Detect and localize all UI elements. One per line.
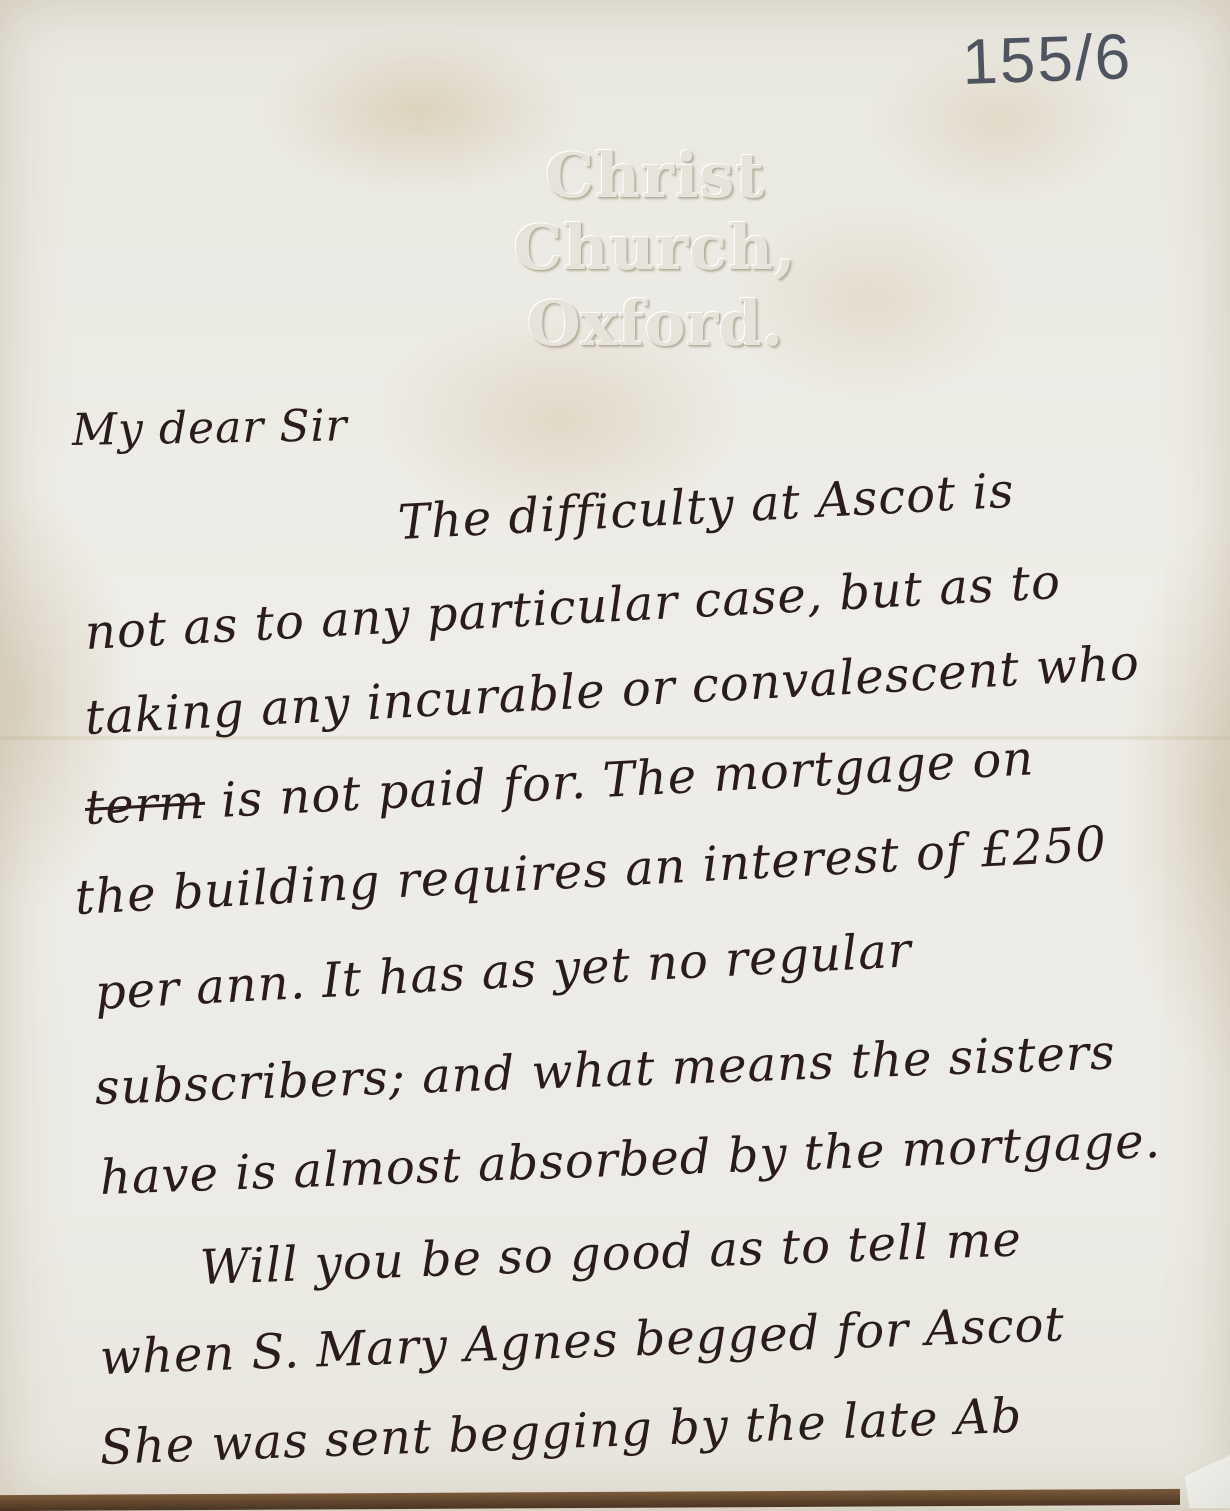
letter-line-2: not as to any particular case, but as to [84,554,1063,661]
letter-line-10: when S. Mary Agnes begged for Ascot [99,1296,1066,1386]
salutation: My dear Sir [72,400,348,456]
archive-reference-number: 155/6 [961,19,1134,99]
letter-line-1: The difficulty at Ascot is [397,463,1016,551]
letter-line-5: the building requires an interest of £25… [74,816,1109,926]
letterhead-line-city: Oxford. [420,288,890,360]
letter-line-7: subscribers; and what means the sisters [94,1024,1116,1116]
folded-corner [1185,1455,1230,1508]
letterhead-line-institution: Christ Church, [420,140,890,284]
letter-line-9: Will you be so good as to tell me [199,1211,1023,1296]
embossed-letterhead: Christ Church, Oxford. [420,140,890,360]
letter-line-4: term is not paid for. The mortgage on [84,730,1036,836]
struck-out-word: term [84,774,207,836]
letter-line-8: have is almost absorbed by the mortgage. [99,1113,1162,1206]
letter-line-11: She was sent begging by the late Ab [99,1388,1023,1476]
letter-paper: 155/6 Christ Church, Oxford. My dear Sir… [0,0,1230,1508]
letter-line-4-text: is not paid for. The mortgage on [220,730,1036,829]
paper-bottom-edge [0,1489,1180,1508]
letter-line-6: per ann. It has as yet no regular [94,922,914,1021]
